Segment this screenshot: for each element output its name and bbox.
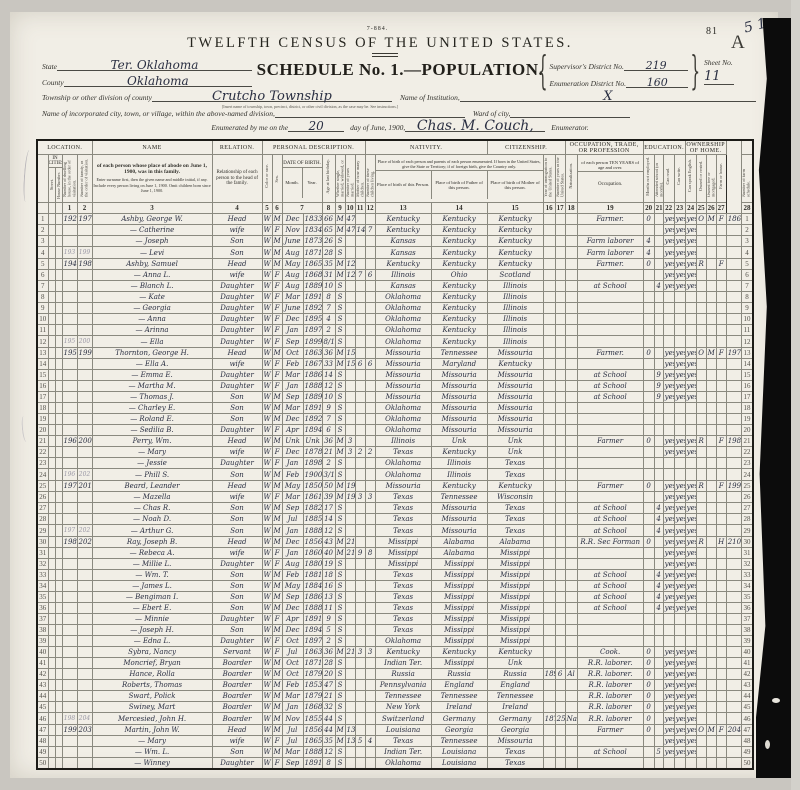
cell-age: 10 bbox=[322, 392, 335, 403]
cell-fm bbox=[706, 503, 716, 514]
cell-en bbox=[685, 625, 696, 636]
cell-fh bbox=[716, 225, 726, 236]
cell-pf: Missouria bbox=[431, 425, 487, 436]
cell-pb: Kentucky bbox=[375, 214, 431, 225]
cell-rel: Boarder bbox=[212, 669, 262, 680]
cell-bm: Oct bbox=[282, 636, 303, 647]
cell-age: 35 bbox=[322, 736, 335, 747]
cell-ms: S bbox=[335, 691, 345, 702]
cell-rd bbox=[663, 336, 674, 348]
cell-sch bbox=[654, 713, 663, 725]
cell-fh bbox=[716, 336, 726, 348]
cell-pb: Missouria bbox=[375, 392, 431, 403]
cell-ms: S bbox=[335, 570, 345, 581]
cell-fh bbox=[716, 514, 726, 525]
cell-fs bbox=[726, 758, 741, 770]
cell-fs bbox=[726, 625, 741, 636]
cell-n2: 3 bbox=[741, 236, 753, 247]
cell-pm: Germany bbox=[487, 713, 543, 725]
cell-yu bbox=[555, 537, 565, 548]
cell-yu bbox=[555, 348, 565, 359]
cell-age: 17 bbox=[322, 503, 335, 514]
cell-fh bbox=[716, 636, 726, 647]
group-occupation: OCCUPATION, TRADE, OR PROFESSION bbox=[565, 140, 643, 155]
cell-age: 14 bbox=[322, 370, 335, 381]
cell-ho bbox=[55, 514, 62, 525]
cell-mu: 0 bbox=[643, 436, 654, 447]
cell-fs bbox=[726, 492, 741, 503]
township-value: Crutcho Township bbox=[152, 92, 392, 102]
cell-c: W bbox=[262, 436, 272, 447]
cell-im bbox=[543, 548, 555, 559]
cell-n2: 48 bbox=[741, 736, 753, 747]
cell-fh: F bbox=[716, 348, 726, 359]
cell-cl bbox=[365, 314, 375, 325]
cell-by: 1860 bbox=[303, 548, 322, 559]
cell-occ: Farmer. bbox=[577, 348, 643, 359]
cell-dw bbox=[62, 281, 77, 292]
cell-pb: Oklahoma bbox=[375, 414, 431, 425]
cell-bm: Jul bbox=[282, 736, 303, 747]
table-row: 42Hance, RollaBoarderWMOct187920SRussiaR… bbox=[37, 669, 753, 680]
group-citizenship: CITIZENSHIP. bbox=[487, 140, 565, 155]
cell-wr bbox=[674, 325, 685, 336]
cell-yu bbox=[555, 492, 565, 503]
cell-pb: Missouria bbox=[375, 381, 431, 392]
cell-yu bbox=[555, 325, 565, 336]
cell-ms: S bbox=[335, 281, 345, 292]
cell-dw bbox=[62, 669, 77, 680]
cell-mo bbox=[355, 292, 365, 303]
cell-st bbox=[48, 691, 55, 702]
cell-ms: M bbox=[335, 647, 345, 658]
cell-fm bbox=[706, 314, 716, 325]
cell-dw bbox=[62, 325, 77, 336]
cell-ms: M bbox=[335, 270, 345, 281]
cell-n2: 14 bbox=[741, 359, 753, 370]
cell-ho bbox=[55, 647, 62, 658]
cell-fam bbox=[77, 702, 92, 713]
cell-en: yes bbox=[685, 658, 696, 669]
cell-ym bbox=[345, 381, 355, 392]
cell-by: 1880 bbox=[303, 559, 322, 570]
cell-age: 21 bbox=[322, 691, 335, 702]
cell-mo bbox=[355, 625, 365, 636]
col-pob-mother: Place of birth of Mother of this person. bbox=[487, 171, 543, 199]
cell-mu: 0 bbox=[643, 259, 654, 270]
cell-cl bbox=[365, 348, 375, 359]
cell-by: 1863 bbox=[303, 647, 322, 658]
cell-rd: yes bbox=[663, 436, 674, 447]
cell-s: M bbox=[272, 525, 282, 537]
cell-fam bbox=[77, 603, 92, 614]
cell-bm: Aug bbox=[282, 281, 303, 292]
cell-mu: 0 bbox=[643, 680, 654, 691]
cell-name: — Minnie bbox=[92, 614, 212, 625]
cell-dw bbox=[62, 758, 77, 770]
cell-pm: Texas bbox=[487, 503, 543, 514]
cell-st bbox=[48, 259, 55, 270]
cell-n: 6 bbox=[37, 270, 48, 281]
table-row: 37— MinnieDaughterWFApr18919STexasMissip… bbox=[37, 614, 753, 625]
cell-mu bbox=[643, 370, 654, 381]
cell-bm: Dec bbox=[282, 447, 303, 458]
cell-rel: Daughter bbox=[212, 336, 262, 348]
cell-ho bbox=[55, 625, 62, 636]
cell-cl: 6 bbox=[365, 270, 375, 281]
cell-own bbox=[696, 570, 706, 581]
cell-yu bbox=[555, 359, 565, 370]
cell-sch bbox=[654, 559, 663, 570]
cell-pb: Oklahoma bbox=[375, 292, 431, 303]
cell-wr bbox=[674, 469, 685, 481]
cell-pb: Kansas bbox=[375, 281, 431, 292]
page-number: 81 bbox=[706, 26, 718, 37]
cell-pb: Pennsylvania bbox=[375, 680, 431, 691]
table-row: 25197201Beard, LeanderHeadWMMay185050M19… bbox=[37, 481, 753, 492]
cell-pf: Kentucky bbox=[431, 236, 487, 247]
cell-fm bbox=[706, 259, 716, 270]
cell-wr bbox=[674, 303, 685, 314]
cell-pm: Missouria bbox=[487, 370, 543, 381]
cell-fm bbox=[706, 548, 716, 559]
cell-fs bbox=[726, 414, 741, 425]
cell-rel: Head bbox=[212, 537, 262, 548]
cell-age: 16 bbox=[322, 581, 335, 592]
cell-occ: Farmer. bbox=[577, 214, 643, 225]
cell-st bbox=[48, 492, 55, 503]
cell-c: W bbox=[262, 548, 272, 559]
table-row: 50— WinneyDaughterWFSep18918SOklahomaLou… bbox=[37, 758, 753, 770]
cell-n: 20 bbox=[37, 425, 48, 436]
cell-fm bbox=[706, 425, 716, 436]
column-number: 4 bbox=[212, 203, 262, 214]
cell-cl bbox=[365, 636, 375, 647]
cell-yu bbox=[555, 758, 565, 770]
state-label: State bbox=[42, 62, 57, 71]
cell-wr: yes bbox=[674, 236, 685, 247]
cell-name: Hance, Rolla bbox=[92, 669, 212, 680]
cell-na bbox=[565, 570, 577, 581]
cell-en: yes bbox=[685, 236, 696, 247]
cell-c: W bbox=[262, 614, 272, 625]
cell-mu bbox=[643, 603, 654, 614]
cell-wr: yes bbox=[674, 680, 685, 691]
cell-fam bbox=[77, 581, 92, 592]
cell-n: 37 bbox=[37, 614, 48, 625]
cell-fh bbox=[716, 581, 726, 592]
cell-age: 3/12 bbox=[322, 469, 335, 481]
cell-yu bbox=[555, 614, 565, 625]
sheet-label: Sheet No. bbox=[704, 58, 756, 67]
cell-fm bbox=[706, 559, 716, 570]
cell-bm: Feb bbox=[282, 680, 303, 691]
cell-s: M bbox=[272, 702, 282, 713]
cell-n: 35 bbox=[37, 592, 48, 603]
cell-pf: Missippi bbox=[431, 636, 487, 647]
cell-n2: 43 bbox=[741, 680, 753, 691]
cell-n: 28 bbox=[37, 514, 48, 525]
cell-occ: Cook. bbox=[577, 647, 643, 658]
cell-name: Martin, John W. bbox=[92, 725, 212, 736]
table-row: 40Sybra, NancyServantWFJul186336M2133Ken… bbox=[37, 647, 753, 658]
cell-rel: Son bbox=[212, 503, 262, 514]
cell-pf: Missouria bbox=[431, 514, 487, 525]
cell-cl: 6 bbox=[365, 359, 375, 370]
cell-age: 19 bbox=[322, 559, 335, 570]
cell-name: — Ebert E. bbox=[92, 603, 212, 614]
cell-cl bbox=[365, 691, 375, 702]
cell-ho bbox=[55, 214, 62, 225]
cell-st bbox=[48, 370, 55, 381]
cell-fs bbox=[726, 592, 741, 603]
cell-occ: R.R. laborer bbox=[577, 680, 643, 691]
cell-pb: Missippi bbox=[375, 548, 431, 559]
cell-n2: 9 bbox=[741, 303, 753, 314]
cell-fam bbox=[77, 325, 92, 336]
cell-pb: Missippi bbox=[375, 537, 431, 548]
cell-im bbox=[543, 525, 555, 537]
cell-pf: Tennessee bbox=[431, 736, 487, 747]
cell-mu bbox=[643, 414, 654, 425]
cell-im bbox=[543, 725, 555, 736]
cell-fm bbox=[706, 736, 716, 747]
column-number bbox=[55, 203, 62, 214]
cell-own bbox=[696, 758, 706, 770]
cell-im bbox=[543, 336, 555, 348]
cell-mo bbox=[355, 236, 365, 247]
cell-rd: yes bbox=[663, 525, 674, 537]
cell-n2: 17 bbox=[741, 392, 753, 403]
cell-by: 1892 bbox=[303, 303, 322, 314]
cell-ms: M bbox=[335, 436, 345, 447]
cell-occ: Farm laborer bbox=[577, 236, 643, 247]
col-years-us: Number of years in the United States. bbox=[555, 155, 565, 203]
cell-bm: Dec bbox=[282, 537, 303, 548]
cell-n: 45 bbox=[37, 702, 48, 713]
table-row: 2— CatherinewifeWFNov183465M47147Kentuck… bbox=[37, 225, 753, 236]
table-row: 9— GeorgiaDaughterWFJune18927SOklahomaKe… bbox=[37, 303, 753, 314]
cell-by: 1895 bbox=[303, 314, 322, 325]
cell-mo bbox=[355, 303, 365, 314]
cell-fm bbox=[706, 392, 716, 403]
cell-pf: Missouria bbox=[431, 392, 487, 403]
table-row: 8— KateDaughterWFMar18918SOklahomaKentuc… bbox=[37, 292, 753, 303]
cell-own bbox=[696, 336, 706, 348]
cell-name: — Anna bbox=[92, 314, 212, 325]
cell-mo: 3 bbox=[355, 647, 365, 658]
cell-fm bbox=[706, 270, 716, 281]
cell-fh bbox=[716, 614, 726, 625]
cell-yu bbox=[555, 303, 565, 314]
cell-fh bbox=[716, 592, 726, 603]
cell-yu bbox=[555, 514, 565, 525]
cell-bm: Dec bbox=[282, 625, 303, 636]
cell-fm bbox=[706, 225, 716, 236]
cell-own bbox=[696, 270, 706, 281]
cell-occ bbox=[577, 425, 643, 436]
cell-age: 6 bbox=[322, 425, 335, 436]
cell-own: O bbox=[696, 348, 706, 359]
cell-own bbox=[696, 303, 706, 314]
cell-st bbox=[48, 702, 55, 713]
cell-en: yes bbox=[685, 691, 696, 702]
cell-mu bbox=[643, 458, 654, 469]
cell-n: 41 bbox=[37, 658, 48, 669]
cell-ms: S bbox=[335, 658, 345, 669]
cell-na bbox=[565, 647, 577, 658]
cell-own bbox=[696, 236, 706, 247]
cell-mu bbox=[643, 758, 654, 770]
cell-n2: 42 bbox=[741, 669, 753, 680]
cell-mu: 0 bbox=[643, 702, 654, 713]
col-mother-of: Mother of how many children. bbox=[355, 155, 365, 203]
cell-mo bbox=[355, 537, 365, 548]
cell-yu bbox=[555, 292, 565, 303]
cell-mu bbox=[643, 292, 654, 303]
cell-n2: 12 bbox=[741, 336, 753, 348]
cell-by: 1873 bbox=[303, 236, 322, 247]
cell-im bbox=[543, 270, 555, 281]
ward-label: Ward of city, bbox=[473, 109, 511, 118]
cell-pm: Missouria bbox=[487, 414, 543, 425]
cell-pb: Texas bbox=[375, 581, 431, 592]
cell-name: — Thomas J. bbox=[92, 392, 212, 403]
cell-sch bbox=[654, 758, 663, 770]
cell-ym: 12 bbox=[345, 259, 355, 270]
cell-pm: Texas bbox=[487, 458, 543, 469]
cell-dw: 194 bbox=[62, 259, 77, 270]
cell-en: yes bbox=[685, 247, 696, 259]
cell-wr: yes bbox=[674, 592, 685, 603]
cell-sch bbox=[654, 636, 663, 647]
cell-s: F bbox=[272, 636, 282, 647]
cell-fm bbox=[706, 281, 716, 292]
state-county-block: State Ter. Oklahoma County Oklahoma bbox=[42, 55, 252, 87]
cell-wr: yes bbox=[674, 514, 685, 525]
cell-pb: Missouria bbox=[375, 370, 431, 381]
cell-wr: yes bbox=[674, 548, 685, 559]
cell-n: 11 bbox=[37, 325, 48, 336]
supervisor-value: 219 bbox=[624, 61, 689, 71]
cell-pb: Missouria bbox=[375, 481, 431, 492]
cell-pb: Indian Ter. bbox=[375, 658, 431, 669]
cell-ho bbox=[55, 259, 62, 270]
table-row: 41Moncrief, BryanBoarderWMOct187128SIndi… bbox=[37, 658, 753, 669]
table-row: 24196202— Phill S.SonWMFeb19003/12SOklah… bbox=[37, 469, 753, 481]
cell-ym: 15 bbox=[345, 359, 355, 370]
cell-rd: yes bbox=[663, 603, 674, 614]
cell-n2: 11 bbox=[741, 325, 753, 336]
cell-rel: Head bbox=[212, 259, 262, 270]
cell-im: 1894 bbox=[543, 669, 555, 680]
cell-rd bbox=[663, 758, 674, 770]
cell-pf: Missouria bbox=[431, 381, 487, 392]
cell-na bbox=[565, 747, 577, 758]
column-number: 6 bbox=[272, 203, 282, 214]
cell-mu bbox=[643, 281, 654, 292]
cell-fam bbox=[77, 514, 92, 525]
cell-im bbox=[543, 736, 555, 747]
cell-cl bbox=[365, 469, 375, 481]
cell-n: 38 bbox=[37, 625, 48, 636]
cell-dw bbox=[62, 270, 77, 281]
cell-rel: Daughter bbox=[212, 614, 262, 625]
cell-wr: yes bbox=[674, 381, 685, 392]
cell-n: 4 bbox=[37, 247, 48, 259]
cell-rd: yes bbox=[663, 559, 674, 570]
cell-ho bbox=[55, 247, 62, 259]
cell-own bbox=[696, 370, 706, 381]
cell-pf: Missippi bbox=[431, 581, 487, 592]
cell-cl bbox=[365, 425, 375, 436]
cell-name: Ray, Joseph B. bbox=[92, 537, 212, 548]
cell-mu: 0 bbox=[643, 537, 654, 548]
table-row: 15— Emma E.DaughterWFMar188614SMissouria… bbox=[37, 370, 753, 381]
line-number-header-right bbox=[726, 140, 741, 214]
cell-im bbox=[543, 481, 555, 492]
col-dwelling: Number of dwelling house, in the order o… bbox=[62, 155, 77, 203]
cell-own bbox=[696, 592, 706, 603]
cell-by: 1834 bbox=[303, 225, 322, 236]
cell-yu bbox=[555, 680, 565, 691]
cell-by: 1897 bbox=[303, 636, 322, 647]
cell-fs bbox=[726, 392, 741, 403]
cell-mu bbox=[643, 336, 654, 348]
cell-own bbox=[696, 469, 706, 481]
cell-en: yes bbox=[685, 713, 696, 725]
cell-ms: S bbox=[335, 680, 345, 691]
cell-fs bbox=[726, 370, 741, 381]
cell-en: yes bbox=[685, 647, 696, 658]
cell-mu: 0 bbox=[643, 713, 654, 725]
cell-cl: 4 bbox=[365, 736, 375, 747]
cell-pb: Texas bbox=[375, 614, 431, 625]
cell-ms: S bbox=[335, 503, 345, 514]
cell-name: — Arinna bbox=[92, 325, 212, 336]
cell-age: 65 bbox=[322, 225, 335, 236]
cell-fm bbox=[706, 669, 716, 680]
cell-n: 13 bbox=[37, 348, 48, 359]
cell-c: W bbox=[262, 691, 272, 702]
cell-ym: 47 bbox=[345, 225, 355, 236]
column-number: 24 bbox=[685, 203, 696, 214]
cell-fam bbox=[77, 570, 92, 581]
cell-pf: Tennessee bbox=[431, 348, 487, 359]
cell-rd: yes bbox=[663, 548, 674, 559]
cell-fm bbox=[706, 292, 716, 303]
cell-n: 9 bbox=[37, 303, 48, 314]
cell-sch: 4 bbox=[654, 281, 663, 292]
table-row: 44Swart, PolickBoarderWMMar187921STennes… bbox=[37, 691, 753, 702]
cell-age: 7 bbox=[322, 414, 335, 425]
cell-na bbox=[565, 481, 577, 492]
cell-st bbox=[48, 625, 55, 636]
cell-pb: Texas bbox=[375, 570, 431, 581]
cell-mu bbox=[643, 581, 654, 592]
cell-occ: Farm laborer bbox=[577, 247, 643, 259]
cell-ms: S bbox=[335, 636, 345, 647]
cell-pf: Missippi bbox=[431, 658, 487, 669]
cell-fam bbox=[77, 625, 92, 636]
cell-ym: 21 bbox=[345, 548, 355, 559]
cell-yu bbox=[555, 247, 565, 259]
cell-bm: Sep bbox=[282, 336, 303, 348]
cell-pf: Kentucky bbox=[431, 225, 487, 236]
cell-mu bbox=[643, 525, 654, 537]
cell-by: 1891 bbox=[303, 758, 322, 770]
cell-own bbox=[696, 492, 706, 503]
